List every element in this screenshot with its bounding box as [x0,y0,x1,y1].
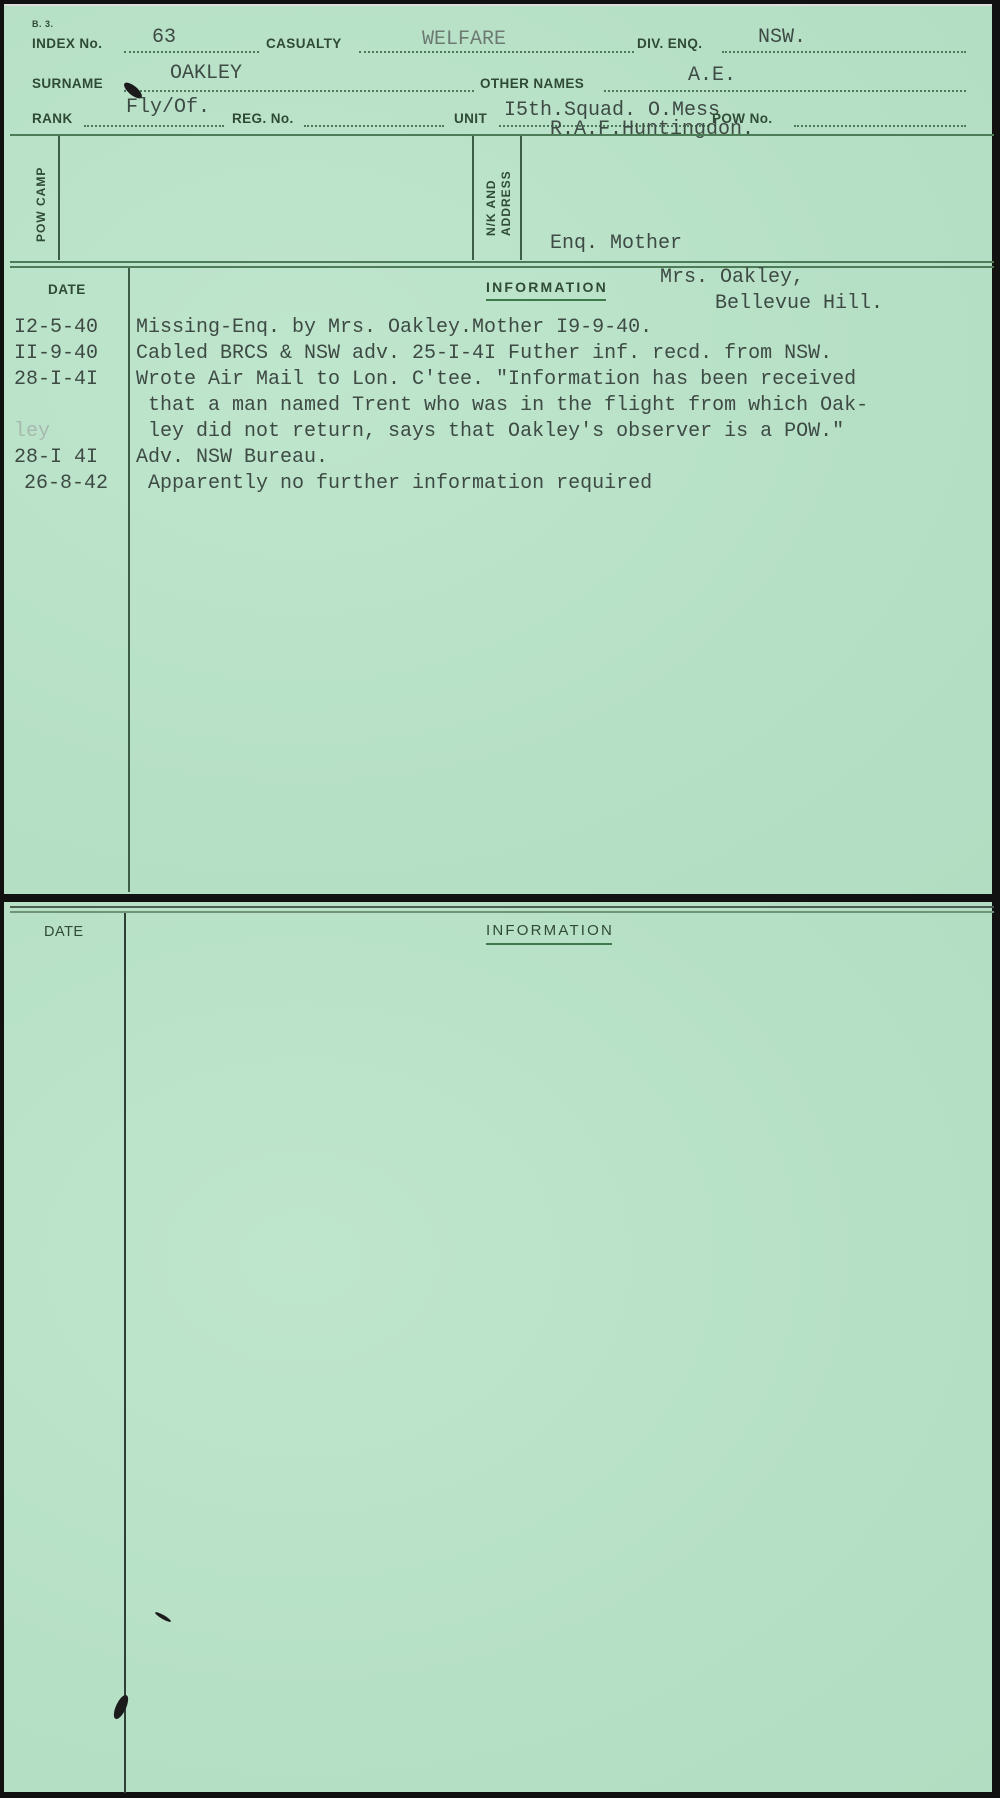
index-no-value: 63 [152,26,176,49]
double-rule-bottom [10,266,994,268]
address-label: ADDRESS [499,170,513,236]
casualty-label: CASUALTY [266,36,342,51]
date-header-back: DATE [44,924,84,940]
back-top-rule-2 [10,911,994,913]
pow-no-label: POW No. [712,111,773,126]
pow-camp-divider [58,136,60,260]
reg-no-label: REG. No. [232,111,294,126]
nk-address-line3: Bellevue Hill. [715,292,883,315]
entry-date: 28-I 4I [14,446,98,469]
entry-text: Cabled BRCS & NSW adv. 25-I-4I Futher in… [136,342,832,365]
punch-mark [154,1611,172,1623]
unit-label: UNIT [454,111,487,126]
rank-label: RANK [32,111,73,126]
other-names-line [604,90,966,92]
div-enq-label: DIV. ENQ. [637,36,702,51]
date-column-divider [128,268,130,892]
div-enq-line [722,51,966,53]
rank-value: Fly/Of. [126,96,210,119]
nk-address-divider-left [472,136,474,260]
nk-address-line2: Mrs. Oakley, [660,266,804,289]
entry-date: II-9-40 [14,342,98,365]
form-code: B. 3. [32,19,54,29]
punch-hole-back [111,1693,131,1721]
nk-and-label: N/K AND [484,179,498,236]
entry-date: ley [14,420,50,443]
entry-text: ley did not return, says that Oakley's o… [136,420,844,443]
nk-address-line1: Enq. Mother [550,232,682,255]
entry-text: that a man named Trent who was in the fl… [136,394,868,417]
entry-date: 26-8-42 [24,472,108,495]
entry-text: Missing-Enq. by Mrs. Oakley.Mother I9-9-… [136,316,652,339]
div-enq-value: NSW. [758,26,806,49]
nk-address-divider-right [520,136,522,260]
index-card-front: B. 3. INDEX No. 63 CASUALTY WELFARE DIV.… [4,4,992,894]
entry-text: Adv. NSW Bureau. [136,446,328,469]
entry-date: I2-5-40 [14,316,98,339]
surname-line [124,90,474,92]
pow-camp-label: POW CAMP [34,167,48,242]
double-rule-top [10,261,994,263]
casualty-line [359,51,634,53]
date-header: DATE [48,282,86,297]
header-rule [10,134,994,136]
surname-label: SURNAME [32,76,103,91]
entry-text: Apparently no further information requir… [136,472,652,495]
pow-no-line [794,125,966,127]
casualty-value: WELFARE [422,28,506,51]
entry-date: 28-I-4I [14,368,98,391]
rank-line [84,125,224,127]
date-column-divider-back [124,913,126,1793]
back-top-rule [10,906,994,908]
reg-no-line [304,125,444,127]
other-names-value: A.E. [688,64,736,87]
index-no-line [124,51,259,53]
information-header-back: INFORMATION [486,922,614,939]
information-header: INFORMATION [486,279,608,295]
other-names-label: OTHER NAMES [480,76,584,91]
entry-text: Wrote Air Mail to Lon. C'tee. "Informati… [136,368,856,391]
index-card-back: DATE INFORMATION [4,902,992,1792]
index-no-label: INDEX No. [32,36,102,51]
surname-value: OAKLEY [170,62,242,85]
